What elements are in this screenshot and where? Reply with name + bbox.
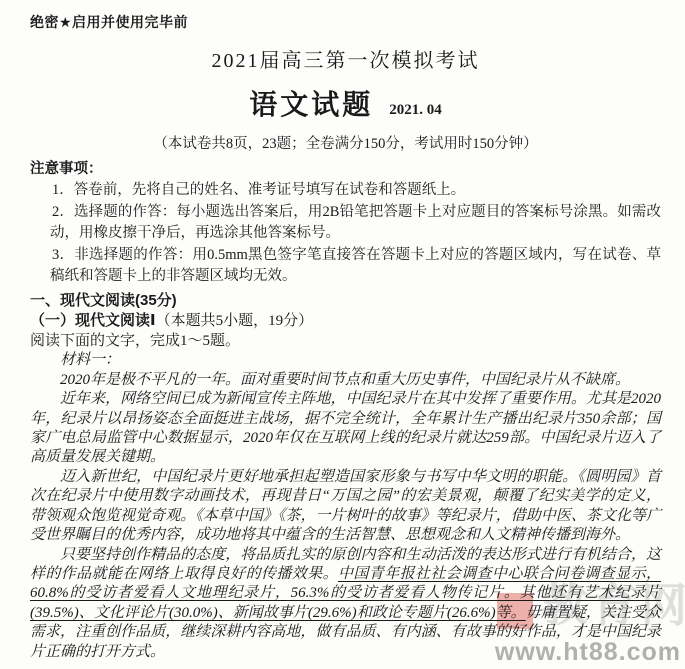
passage-paragraph-2: 近年来，网络空间已成为新闻宣传主阵地，中国纪录片在其中发挥了重要作用。尤其是20… [30,390,661,468]
material-one-label: 材料一： [30,351,661,370]
page-content: 绝密★启用并使用完毕前 2021届高三第一次模拟考试 语文试题2021. 04 … [30,12,661,662]
reading-instruction: 阅读下面的文字，完成1～5题。 [30,331,661,351]
exam-session-title: 2021届高三第一次模拟考试 [30,44,661,73]
notice-item-2: 2．选择题的作答：每小题选出答案后，用2B铅笔把答题卡上对应题目的答案标号涂黑。… [30,202,661,245]
notice-heading: 注意事项： [30,159,661,180]
subject-title-line: 语文试题2021. 04 [30,83,661,123]
passage-paragraph-3: 迈入新世纪，中国纪录片更好地承担起塑造国家形象与书写中华文明的职能。《圆明园》首… [30,468,661,546]
notice-item-3: 3．非选择题的作答：用0.5mm黑色签字笔直接答在答题卡上对应的答题区域内，写在… [30,245,661,288]
notice-section: 注意事项： 1．答卷前，先将自己的姓名、准考证号填写在试卷和答题纸上。 2．选择… [30,159,661,287]
section-one-heading: 一、现代文阅读(35分) [30,291,661,311]
exam-paper-page: 教育网 www.ht88.com 绝密★启用并使用完毕前 2021届高三第一次模… [0,0,685,669]
reading-passage: 材料一： 2020年是极不平凡的一年。面对重要时间节点和重大历史事件，中国纪录片… [30,351,661,662]
passage-paragraph-1: 2020年是极不平凡的一年。面对重要时间节点和重大历史事件，中国纪录片从不缺席。 [30,371,661,390]
paper-info-line: （本试卷共8页，23题；全卷满分150分，考试用时150分钟） [30,132,661,153]
subsection-heading-title: （一）现代文阅读Ⅰ [30,312,156,329]
passage-paragraph-4: 只要坚持创作精品的态度，将品质扎实的原创内容和生动活泼的表达形式进行有机结合，这… [30,546,661,662]
security-classification-label: 绝密★启用并使用完毕前 [30,12,661,32]
subject-title: 语文试题 [249,90,373,121]
exam-date: 2021. 04 [389,102,442,118]
subsection-heading: （一）现代文阅读Ⅰ（本题共5小题，19分） [30,311,661,331]
notice-item-1: 1．答卷前，先将自己的姓名、准考证号填写在试卷和答题纸上。 [30,180,661,201]
subsection-heading-detail: （本题共5小题，19分） [156,313,314,329]
